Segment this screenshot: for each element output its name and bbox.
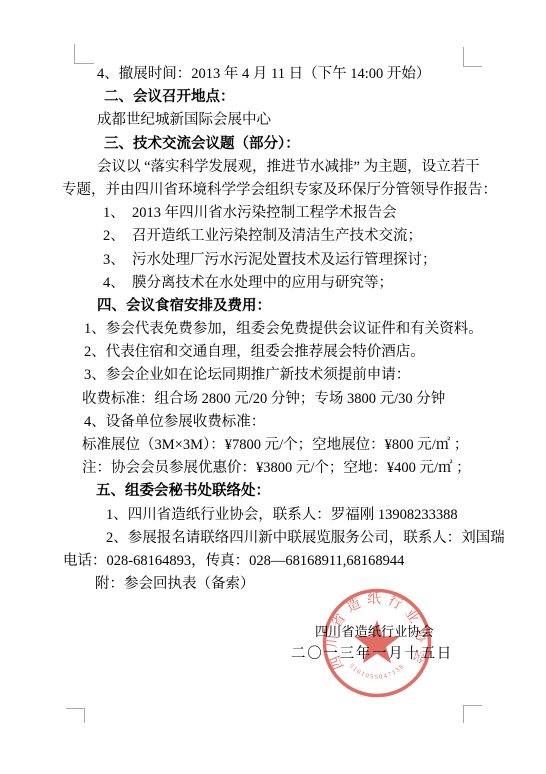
text-line: 2、代表住宿和交通自理，组委会推荐展会特价酒店。 [84,341,546,364]
text-line: 成都世纪城新国际会展中心 [97,109,546,132]
text-line: 1、参会代表免费参加，组委会免费提供会议证件和有关资料。 [84,318,546,341]
text-line: 四、会议食宿安排及费用： [97,295,546,318]
text-line: 2、 召开造纸工业污染控制及清洁生产技术交流； [103,225,546,248]
official-seal: 四川省造纸行业协会 5101055047138 [318,586,436,704]
text-line: 1、 2013 年四川省水污染控制工程学术报告会 [103,202,546,225]
text-line [62,596,546,619]
text-line: 专题，并由四川省环境科学学会组织专家及环保厅分管领导作报告： [62,179,546,202]
text-line: 1、四川省造纸行业协会，联系人：罗福刚 13908233388 [106,504,546,527]
text-line: 4、 膜分离技术在水处理中的应用与研究等； [103,272,546,295]
text-line: 收费标准：组合场 2800 元/20 分钟；专场 3800 元/30 分钟 [82,388,546,411]
text-line: 三、技术交流会议题（部分）： [104,133,546,156]
document-page: 4、撤展时间：2013 年 4 月 11 日（下午 14:00 开始）二、会议召… [0,0,546,774]
text-line: 五、组委会秘书处联络处： [96,480,546,503]
text-line: 3、 污水处理厂污水污泥处置技术及运行管理探讨； [103,249,546,272]
text-line: 会议以 “落实科学发展观，推进节水减排” 为主题，设立若干 [97,156,546,179]
text-line: 4、撤展时间：2013 年 4 月 11 日（下午 14:00 开始） [97,63,546,86]
document-body: 4、撤展时间：2013 年 4 月 11 日（下午 14:00 开始）二、会议召… [0,0,546,666]
text-line: 4、设备单位参展收费标准： [84,411,546,434]
text-line: 二、会议召开地点： [104,86,546,109]
margin-crop-mark-bottom-left [66,708,85,723]
text-line: 2、参展报名请联络四川新中联展览服务公司，联系人：刘国瑞 [106,527,546,550]
margin-crop-mark-bottom-right [463,705,482,723]
seal-star-icon [354,620,400,663]
text-line: 3、参会企业如在论坛同期推广新技术须提前申请： [84,364,546,387]
seal-serial-number: 5101055047138 [348,662,407,680]
text-line: 电话：028-68164893，传真：028—68168911,68168944 [63,550,546,573]
text-line: 注：协会会员参展优惠价：¥3800 元/个；空地：¥400 元/㎡ ； [82,457,546,480]
text-line: 标准展位（3M×3M）：¥7800 元/个；空地展位：¥800 元/㎡ ； [82,434,546,457]
